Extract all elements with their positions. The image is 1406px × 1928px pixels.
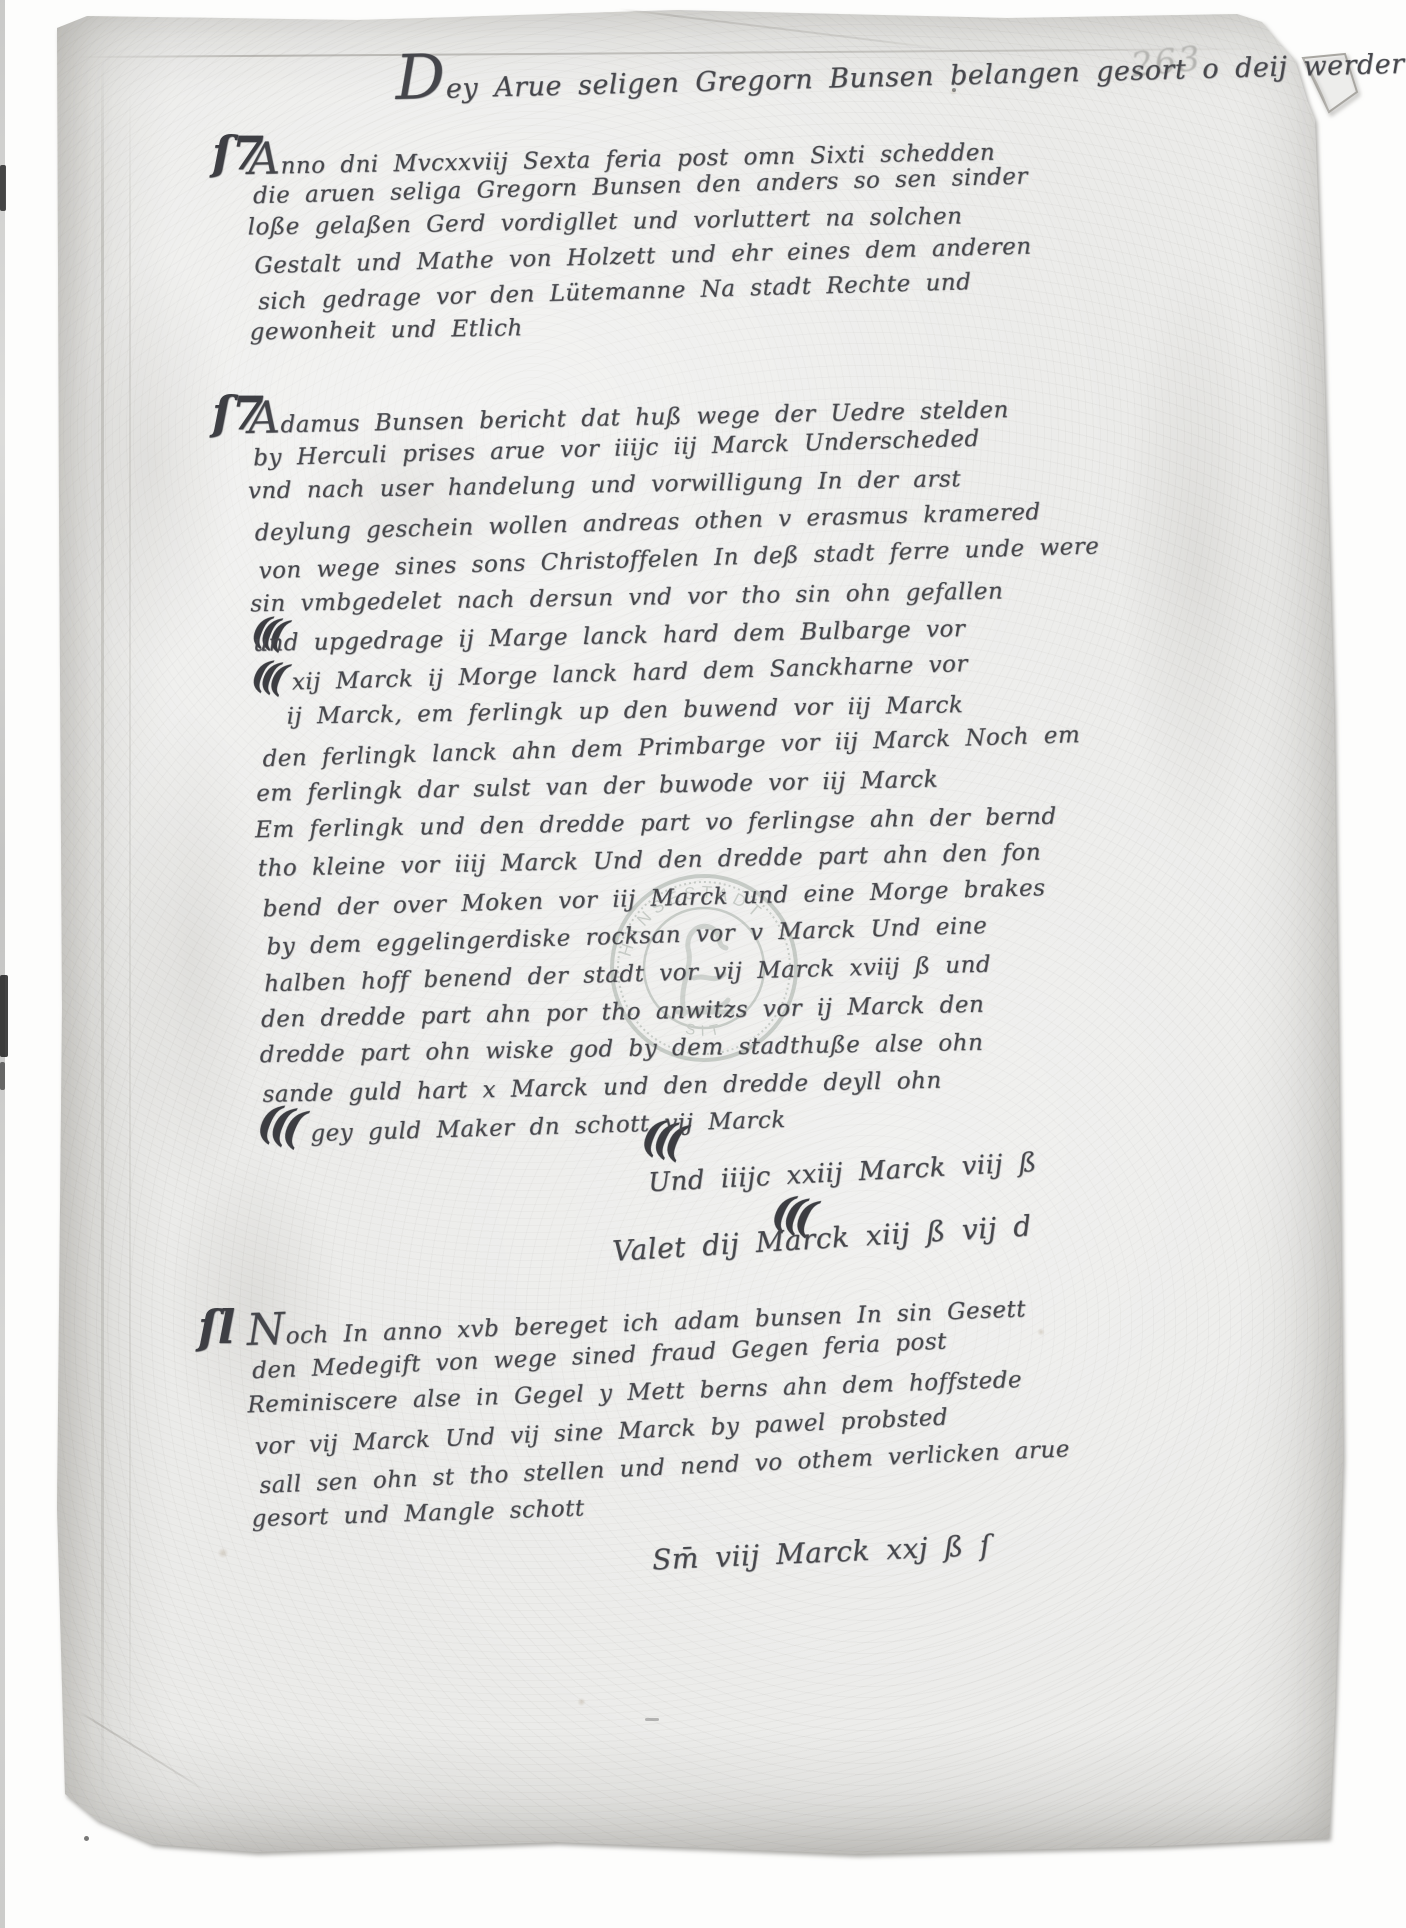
paragraph-2: Adamus Bunsen bericht dat huß wege der U… (248, 382, 1105, 1151)
manuscript-scan: HANSESTADT SIT 263 Dey Arue seligen Greg… (0, 0, 1406, 1928)
paragraph-1: Anno dni Mvcxxviij Sexta feria post omn … (248, 127, 1029, 352)
paragraph-3: Noch In anno xvb bereget ich adam bunsen… (246, 1282, 1065, 1540)
fox-spot (217, 1548, 229, 1558)
edge-ink-blob (0, 975, 8, 1057)
pencil-dash (645, 1718, 659, 1721)
bleed-smudge (1117, 248, 1277, 868)
edge-ink-blob (0, 165, 6, 211)
fox-spot (577, 1698, 586, 1706)
item-mark-3: ſl (198, 1300, 235, 1354)
edge-ink-blob (0, 1062, 5, 1090)
bleed-smudge (117, 698, 267, 1218)
ink-dot (84, 1836, 89, 1841)
bleed-smudge (69, 248, 239, 678)
scan-edge-strip (0, 0, 5, 1928)
ink-dot (952, 88, 956, 92)
